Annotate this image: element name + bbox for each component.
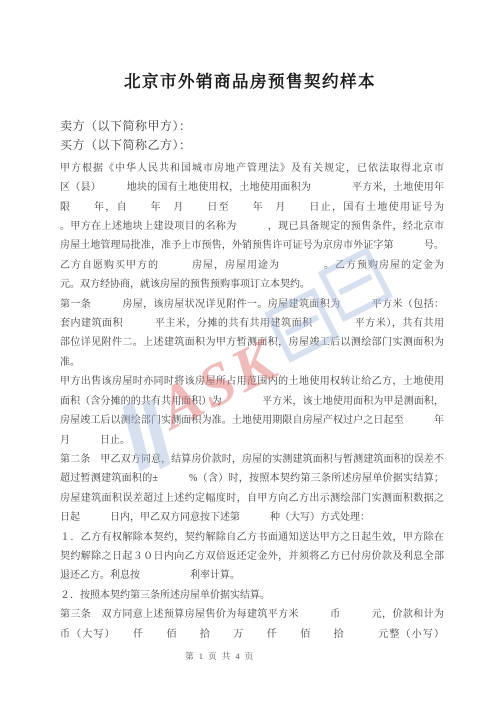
contract-line: 退还乙方。利息按 利率计算。	[60, 566, 444, 585]
contract-line: 第三条 双方同意上述预算房屋售价为每建筑平方米 币 元，价款和计为	[60, 605, 444, 624]
contract-line: １．乙方有权解除本契约，契约解除自乙方书面通知送达甲方之日起生效，甲方除在	[60, 528, 444, 547]
contract-line: 第二条 甲乙双方同意，结算房价款时，房屋的实测建筑面积与暂测建筑面积的误差不	[60, 450, 444, 469]
contract-line: 准。	[60, 353, 444, 372]
document-lines: 卖方（以下简称甲方）：买方（以下简称乙方）：甲方根据《中华人民共和国城市房地产管…	[60, 117, 444, 644]
intro-line: 卖方（以下简称甲方）：	[60, 117, 444, 136]
contract-line: 币（大写） 仟 佰 拾 万 仟 佰 拾 元整（小写）	[60, 625, 444, 644]
contract-line: 超过暂测建筑面积的± %（含）时，按照本契约第三条所述房屋单价据实结算；	[60, 469, 444, 488]
contract-line: 。甲方在上述地块上建设项目的名称为 ，现已具备规定的预售条件，经北京市	[60, 217, 444, 236]
contract-line: 房屋建筑面积误差超过上述约定幅度时，自甲方向乙方出示测绘部门实测面积数据之	[60, 489, 444, 508]
page-title: 北京市外销商品房预售契约样本	[0, 0, 500, 94]
document-page: ASK 北京市外销商品房预售契约样本 卖方（以下简称甲方）：买方（以下简称乙方）…	[0, 0, 500, 706]
contract-line: 乙方自愿购买甲方的 房屋，房屋用途为 。乙方预购房屋的定金为	[60, 256, 444, 275]
contract-line: ２．按照本契约第三条所述房屋单价据实结算。	[60, 586, 444, 605]
contract-line: 房屋竣工后以测绘部门实测面积为准。土地使用期限自房屋产权过户之日起至 年	[60, 411, 444, 430]
contract-line: 契约解除之日起３０日内向乙方双倍返还定金外，并须将乙方已付房价款及利息全部	[60, 547, 444, 566]
contract-line: 部位详见附件二。上述建筑面积为甲方暂测面积，房屋竣工后以测绘部门实测面积为	[60, 333, 444, 352]
page-footer: 第 1 页 共 4 页	[0, 650, 470, 662]
contract-line: 月 日止。	[60, 431, 444, 450]
contract-line: 日起 日内，甲乙双方同意按下述第 种（大写）方式处理：	[60, 508, 444, 527]
intro-line: 买方（以下简称乙方）：	[60, 136, 444, 155]
contract-line: 套内建筑面积 平主米，分摊的共有共用建筑面积 平方米），共有共用	[60, 314, 444, 333]
contract-line: 第一条 房屋，该房屋状况详见附件一。房屋建筑面积为 平方米（包括：	[60, 295, 444, 314]
contract-line: 房屋土地管理局批准，准予上市预售，外销预售许可证号为京房市外证字第 号。	[60, 236, 444, 255]
contract-line: 限 年，自 年 月 日至 年 月 日止，国有土地使用证号为	[60, 198, 444, 217]
contract-line: 区（县） 地块的国有土地使用权，土地使用面积为 平方米，土地使用年	[60, 178, 444, 197]
contract-line: 面积（含分摊的的共有共用面积）为 平方米，该土地使用面积为甲是测面积，	[60, 392, 444, 411]
contract-line: 元。双方经协商，就该房屋的预售预购事项订立本契约。	[60, 275, 444, 294]
contract-line: 甲方根据《中华人民共和国城市房地产管理法》及有关规定，已依法取得北京市	[60, 159, 444, 178]
contract-line: 甲方出售该房屋时亦同时将该房屋所占用范围内的土地使用权转让给乙方，土地使用	[60, 372, 444, 391]
